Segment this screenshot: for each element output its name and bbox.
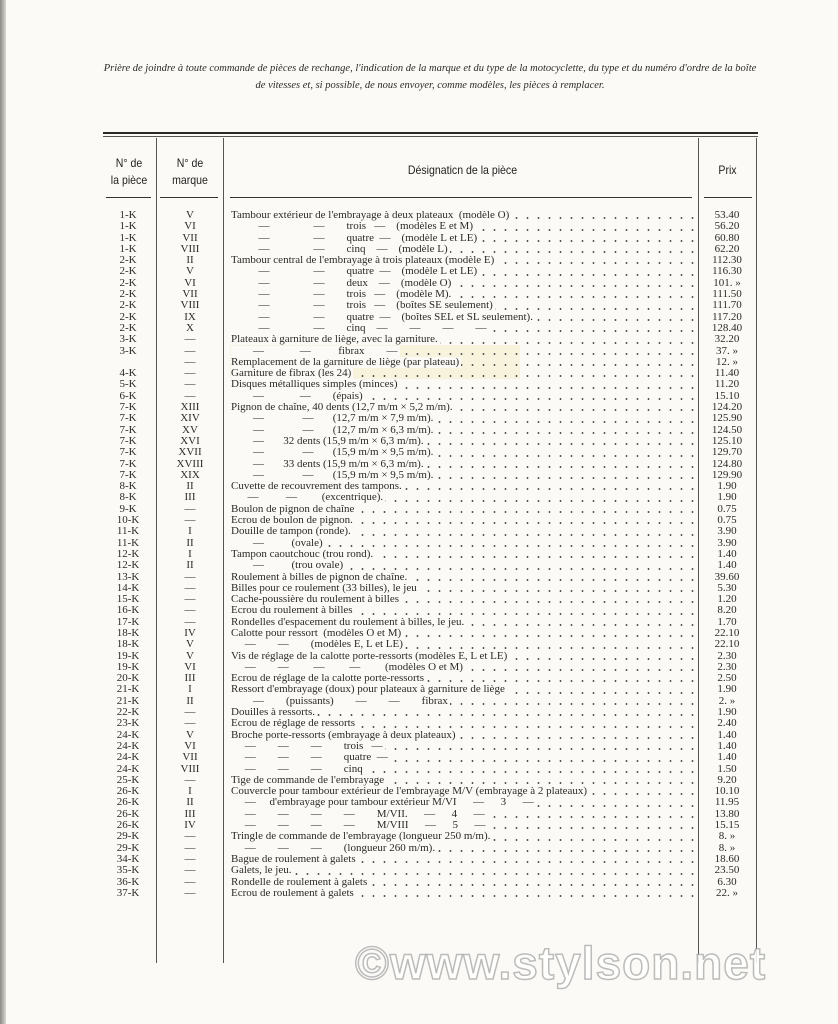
designation-text: — — (15,9 m/m × 9,5 m/m). [231,447,435,458]
designation-text: — — quatre — (boîtes SEL et SL seulement… [231,312,535,323]
designation-text: — — — — M/VIII — 5 — [231,820,488,831]
part-designation: Roulement à billes de pignon de chaîne. [231,572,698,583]
header-piece-line1: N° de [106,155,152,172]
table-top-rule-thin [103,136,758,137]
piece-number: 23-K [103,718,153,729]
piece-number: 1-K [103,221,153,232]
piece-number: 37-K [103,888,153,899]
part-price: 22. » [700,888,754,899]
part-designation: Tampon caoutchouc (trou rond). [231,549,698,560]
designation-text: — — (excentrique). [231,492,385,503]
designation-text: Calotte pour ressort (modèles O et M) [231,628,403,639]
header-underline [230,197,692,198]
table-row: 7-KXIV — — (12,7 m/m × 7,9 m/m).125.90 [0,413,838,424]
part-designation: — — (excentrique). [231,492,698,503]
part-designation: Ecrou du roulement à billes [231,605,698,616]
designation-text: Cuvette de recouvrement des tampons. [231,481,404,492]
parts-table-body: 1-KVTambour extérieur de l'embrayage à d… [0,210,838,899]
designation-text: — d'embrayage pour tambour extérieur M/V… [231,797,536,808]
designation-text: — — deux — (modèle O) [231,278,453,289]
designation-text: Rondelles d'espacement du roulement à bi… [231,617,466,628]
designation-text: — — cinq — (modèle L) [231,244,450,255]
designation-text: Vis de réglage de la calotte porte-resso… [231,651,509,662]
part-price: 8.20 [700,605,754,616]
part-designation: Garniture de fibrax (les 24) [231,368,698,379]
part-designation: Galets, le jeu. [231,865,698,876]
designation-text: — 32 dents (15,9 m/m × 6,3 m/m). [231,436,426,447]
table-row: 29-K—Tringle de commande de l'embrayage … [0,831,838,842]
part-designation: — — deux — (modèle O) [231,278,698,289]
part-designation: — 33 dents (15,9 m/m × 6,3 m/m). [231,459,698,470]
marque-number: — [160,888,220,899]
marque-number: II [160,560,220,571]
piece-number: 35-K [103,865,153,876]
table-row: 2-KVIII — — trois — (boîtes SE seulement… [0,300,838,311]
table-row: 3-K—Plateaux à garniture de liège, avec … [0,334,838,345]
part-price: 129.70 [700,447,754,458]
header-marque-number: N° de marque [164,155,217,189]
designation-text: — — (15,9 m/m × 9,5 m/m). [231,470,435,481]
table-row: 16-K—Ecrou du roulement à billes8.20 [0,605,838,616]
part-designation: — — — — (modèles O et M) [231,662,698,673]
designation-text: — (puissants) — — fibrax [231,696,450,707]
part-designation: Tambour central de l'embrayage à trois p… [231,255,698,266]
part-designation: Douille de tampon (ronde). [231,526,698,537]
table-top-rule [103,132,758,134]
designation-text: Garniture de fibrax (les 24) [231,368,353,379]
part-designation: — (puissants) — — fibrax [231,696,698,707]
table-row: 7-KXVII — — (15,9 m/m × 9,5 m/m).129.70 [0,447,838,458]
part-designation: Couvercle pour tambour extérieur de l'em… [231,786,698,797]
designation-text: — (ovale) [231,538,325,549]
piece-number: 12-K [103,560,153,571]
part-designation: Tringle de commande de l'embrayage (long… [231,831,698,842]
part-designation: — — (modèles E, L et LE) [231,639,698,650]
piece-number: 29-K [103,831,153,842]
header-designation: Désignaticn de la pièce [258,162,667,179]
part-designation: — — fibrax — [231,346,698,357]
designation-text: Remplacement de la garniture de liège (p… [231,357,461,368]
designation-text: Tampon caoutchouc (trou rond). [231,549,375,560]
part-price: 8. » [700,831,754,842]
part-designation: Bague de roulement à galets [231,854,698,865]
marque-number: VIII [160,300,220,311]
designation-text: Plateaux à garniture de liège, avec la g… [231,334,440,345]
header-piece-number: N° de la pièce [106,155,152,189]
part-designation: — — (12,7 m/m × 6,3 m/m). [231,425,698,436]
header-underline [106,197,151,198]
designation-text: — — — trois — [231,741,385,752]
catalog-page: Prière de joindre à toute commande de pi… [0,0,838,1024]
header-underline [160,197,218,198]
part-designation: Cache-poussière du roulement à billes [231,594,698,605]
marque-number: XIV [160,413,220,424]
part-price: 125.90 [700,413,754,424]
marque-number: — [160,605,220,616]
designation-text: Disques métalliques simples (minces) [231,379,400,390]
part-designation: — — cinq — (modèle L) [231,244,698,255]
piece-number: 11-K [103,526,153,537]
designation-text: — (trou ovale) [231,560,345,571]
part-designation: Calotte pour ressort (modèles O et M) [231,628,698,639]
designation-text: — — trois — (modèle M). [231,289,453,300]
piece-number: 2-K [103,300,153,311]
marque-number: VI [160,221,220,232]
designation-text: Ecrou de roulement à galets [231,888,356,899]
designation-text: Ecrou de boulon de pignon. [231,515,355,526]
part-designation: Tige de commande de l'embrayage [231,775,698,786]
table-row: 35-K—Galets, le jeu.23.50 [0,865,838,876]
part-designation: Pignon de chaîne, 40 dents (12,7 m/m × 5… [231,402,698,413]
marque-number: V [160,639,220,650]
designation-text: — — — — (modèles O et M) [231,662,465,673]
designation-text: — — trois — (boîtes SE seulement) [231,300,495,311]
designation-text: — — trois — (modèles E et M) [231,221,475,232]
part-designation: — — (12,7 m/m × 7,9 m/m). [231,413,698,424]
part-designation: — — — trois — [231,741,698,752]
table-row: 24-KVII — — — quatre —1.40 [0,752,838,763]
header-marque-line1: N° de [164,155,217,172]
piece-number: 7-K [103,413,153,424]
part-price: 111.70 [700,300,754,311]
designation-text: Couvercle pour tambour extérieur de l'em… [231,786,589,797]
piece-number: 3-K [103,334,153,345]
part-designation: Ecrou de réglage de ressorts [231,718,698,729]
leader-dots [231,873,698,875]
designation-text: Cache-poussière du roulement à billes [231,594,401,605]
designation-text: Tige de commande de l'embrayage [231,775,386,786]
designation-text: — — (épais) [231,391,365,402]
part-designation: Tambour extérieur de l'embrayage à deux … [231,210,698,221]
designation-text: Broche porte-ressorts (embrayage à deux … [231,730,458,741]
marque-number: — [160,718,220,729]
part-designation: Vis de réglage de la calotte porte-resso… [231,651,698,662]
table-row: 11-KIDouille de tampon (ronde).3.90 [0,526,838,537]
designation-text: — — — cinq [231,764,365,775]
part-designation: Rondelle de roulement à galets [231,877,698,888]
designation-text: Roulement à billes de pignon de chaîne. [231,572,409,583]
part-designation: Boulon de pignon de chaîne [231,504,698,515]
part-designation: — — quatre — (boîtes SEL et SL seulement… [231,312,698,323]
designation-text: Ecrou de réglage de la calotte porte-res… [231,673,426,684]
header-underline [704,197,752,198]
part-price: 32.20 [700,334,754,345]
part-designation: — — — cinq [231,764,698,775]
designation-text: — — fibrax — [231,346,400,357]
designation-text: Boulon de pignon de chaîne [231,504,356,515]
part-designation: Plateaux à garniture de liège, avec la g… [231,334,698,345]
header-piece-line2: la pièce [106,172,152,189]
designation-text: Ressort d'embrayage (doux) pour plateaux… [231,684,507,695]
designation-text: — — (12,7 m/m × 7,9 m/m). [231,413,435,424]
designation-text: Ecrou du roulement à billes [231,605,355,616]
table-row: 37-K—Ecrou de roulement à galets22. » [0,888,838,899]
designation-text: Bague de roulement à galets [231,854,358,865]
part-designation: Broche porte-ressorts (embrayage à deux … [231,730,698,741]
part-designation: Remplacement de la garniture de liège (p… [231,357,698,368]
designation-text: — — — (longueur 260 m/m). [231,843,437,854]
part-designation: — d'embrayage pour tambour extérieur M/V… [231,797,698,808]
designation-text: — — — — M/VII. — 4 — [231,809,487,820]
designation-text: — 33 dents (15,9 m/m × 6,3 m/m). [231,459,426,470]
part-designation: — — quatre — (modèle L et LE) [231,233,698,244]
piece-number: 16-K [103,605,153,616]
table-row: 12-KII — (trou ovale)1.40 [0,560,838,571]
order-instructions-note: Prière de joindre à toute commande de pi… [100,60,760,94]
designation-text: — — — quatre — [231,752,390,763]
designation-text: Tringle de commande de l'embrayage (long… [231,831,492,842]
designation-text: — — (12,7 m/m × 6,3 m/m). [231,425,435,436]
part-designation: — — trois — (modèle M). [231,289,698,300]
part-designation: Disques métalliques simples (minces) [231,379,698,390]
part-designation: — 32 dents (15,9 m/m × 6,3 m/m). [231,436,698,447]
marque-number: — [160,831,220,842]
part-designation: — — — (longueur 260 m/m). [231,843,698,854]
header-marque-line2: marque [164,172,217,189]
designation-text: — — cinq — — — — [231,323,488,334]
designation-text: Douilles à ressorts. [231,707,317,718]
part-designation: Rondelles d'espacement du roulement à bi… [231,617,698,628]
designation-text: Tambour central de l'embrayage à trois p… [231,255,496,266]
part-designation: — — cinq — — — — [231,323,698,334]
table-row: 3-K— — — fibrax —37. » [0,346,838,357]
part-designation: Ecrou de réglage de la calotte porte-res… [231,673,698,684]
watermark: ©www.stylson.net [355,936,766,990]
part-price: 56.20 [700,221,754,232]
part-designation: — (trou ovale) [231,560,698,571]
piece-number: 18-K [103,639,153,650]
designation-text: — — quatre — (modèle L et LE) [231,233,479,244]
marque-number: I [160,526,220,537]
designation-text: Ecrou de réglage de ressorts [231,718,357,729]
part-designation: — (ovale) [231,538,698,549]
header-prix: Prix [703,162,751,179]
part-price: 1.40 [700,752,754,763]
part-price: 3.90 [700,526,754,537]
designation-text: Galets, le jeu. [231,865,293,876]
table-row: 23-K—Ecrou de réglage de ressorts2.40 [0,718,838,729]
part-price: 1.40 [700,560,754,571]
piece-number: 7-K [103,447,153,458]
part-designation: — — (épais) [231,391,698,402]
table-row: 18-KV — — (modèles E, L et LE)22.10 [0,639,838,650]
part-designation: Douilles à ressorts. [231,707,698,718]
designation-text: Billes pour ce roulement (33 billes), le… [231,583,419,594]
marque-number: — [160,865,220,876]
part-designation: — — — — M/VII. — 4 — [231,809,698,820]
part-designation: Ecrou de boulon de pignon. [231,515,698,526]
piece-number: 3-K [103,346,153,357]
part-designation: Ecrou de roulement à galets [231,888,698,899]
designation-text: — — (modèles E, L et LE) [231,639,405,650]
part-designation: — — trois — (boîtes SE seulement) [231,300,698,311]
part-designation: — — (15,9 m/m × 9,5 m/m). [231,447,698,458]
designation-text: Pignon de chaîne, 40 dents (12,7 m/m × 5… [231,402,455,413]
part-designation: — — quatre — (modèle L et LE) [231,266,698,277]
part-price: 2.40 [700,718,754,729]
part-designation: — — — — M/VIII — 5 — [231,820,698,831]
part-designation: Billes pour ce roulement (33 billes), le… [231,583,698,594]
part-designation: Ressort d'embrayage (doux) pour plateaux… [231,684,698,695]
table-row: 1-KVI — — trois — (modèles E et M)56.20 [0,221,838,232]
part-designation: — — trois — (modèles E et M) [231,221,698,232]
part-price: 23.50 [700,865,754,876]
designation-text: Douille de tampon (ronde). [231,526,353,537]
designation-text: Tambour extérieur de l'embrayage à deux … [231,210,511,221]
piece-number: 24-K [103,752,153,763]
marque-number: XVII [160,447,220,458]
part-price: 22.10 [700,639,754,650]
part-designation: Cuvette de recouvrement des tampons. [231,481,698,492]
part-designation: — — — quatre — [231,752,698,763]
part-designation: — — (15,9 m/m × 9,5 m/m). [231,470,698,481]
designation-text: Rondelle de roulement à galets [231,877,369,888]
designation-text: — — quatre — (modèle L et LE) [231,266,479,277]
marque-number: VII [160,752,220,763]
marque-number: — [160,334,220,345]
